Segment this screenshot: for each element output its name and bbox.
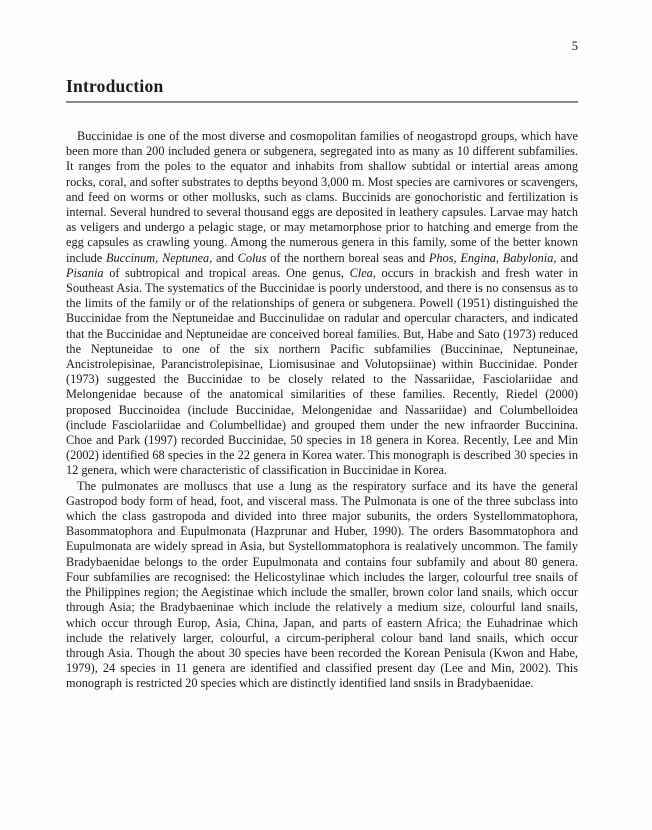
body-text: Buccinidae is one of the most diverse an… bbox=[66, 129, 578, 692]
content-area: 5 Introduction Buccinidae is one of the … bbox=[66, 0, 578, 692]
heading-rule bbox=[66, 101, 578, 103]
paragraph-buccinidae: Buccinidae is one of the most diverse an… bbox=[66, 129, 578, 479]
section-heading: Introduction bbox=[66, 76, 578, 101]
monograph-page: 5 Introduction Buccinidae is one of the … bbox=[0, 0, 652, 830]
page-number: 5 bbox=[66, 0, 578, 53]
paragraph-pulmonates: The pulmonates are molluscs that use a l… bbox=[66, 479, 578, 692]
